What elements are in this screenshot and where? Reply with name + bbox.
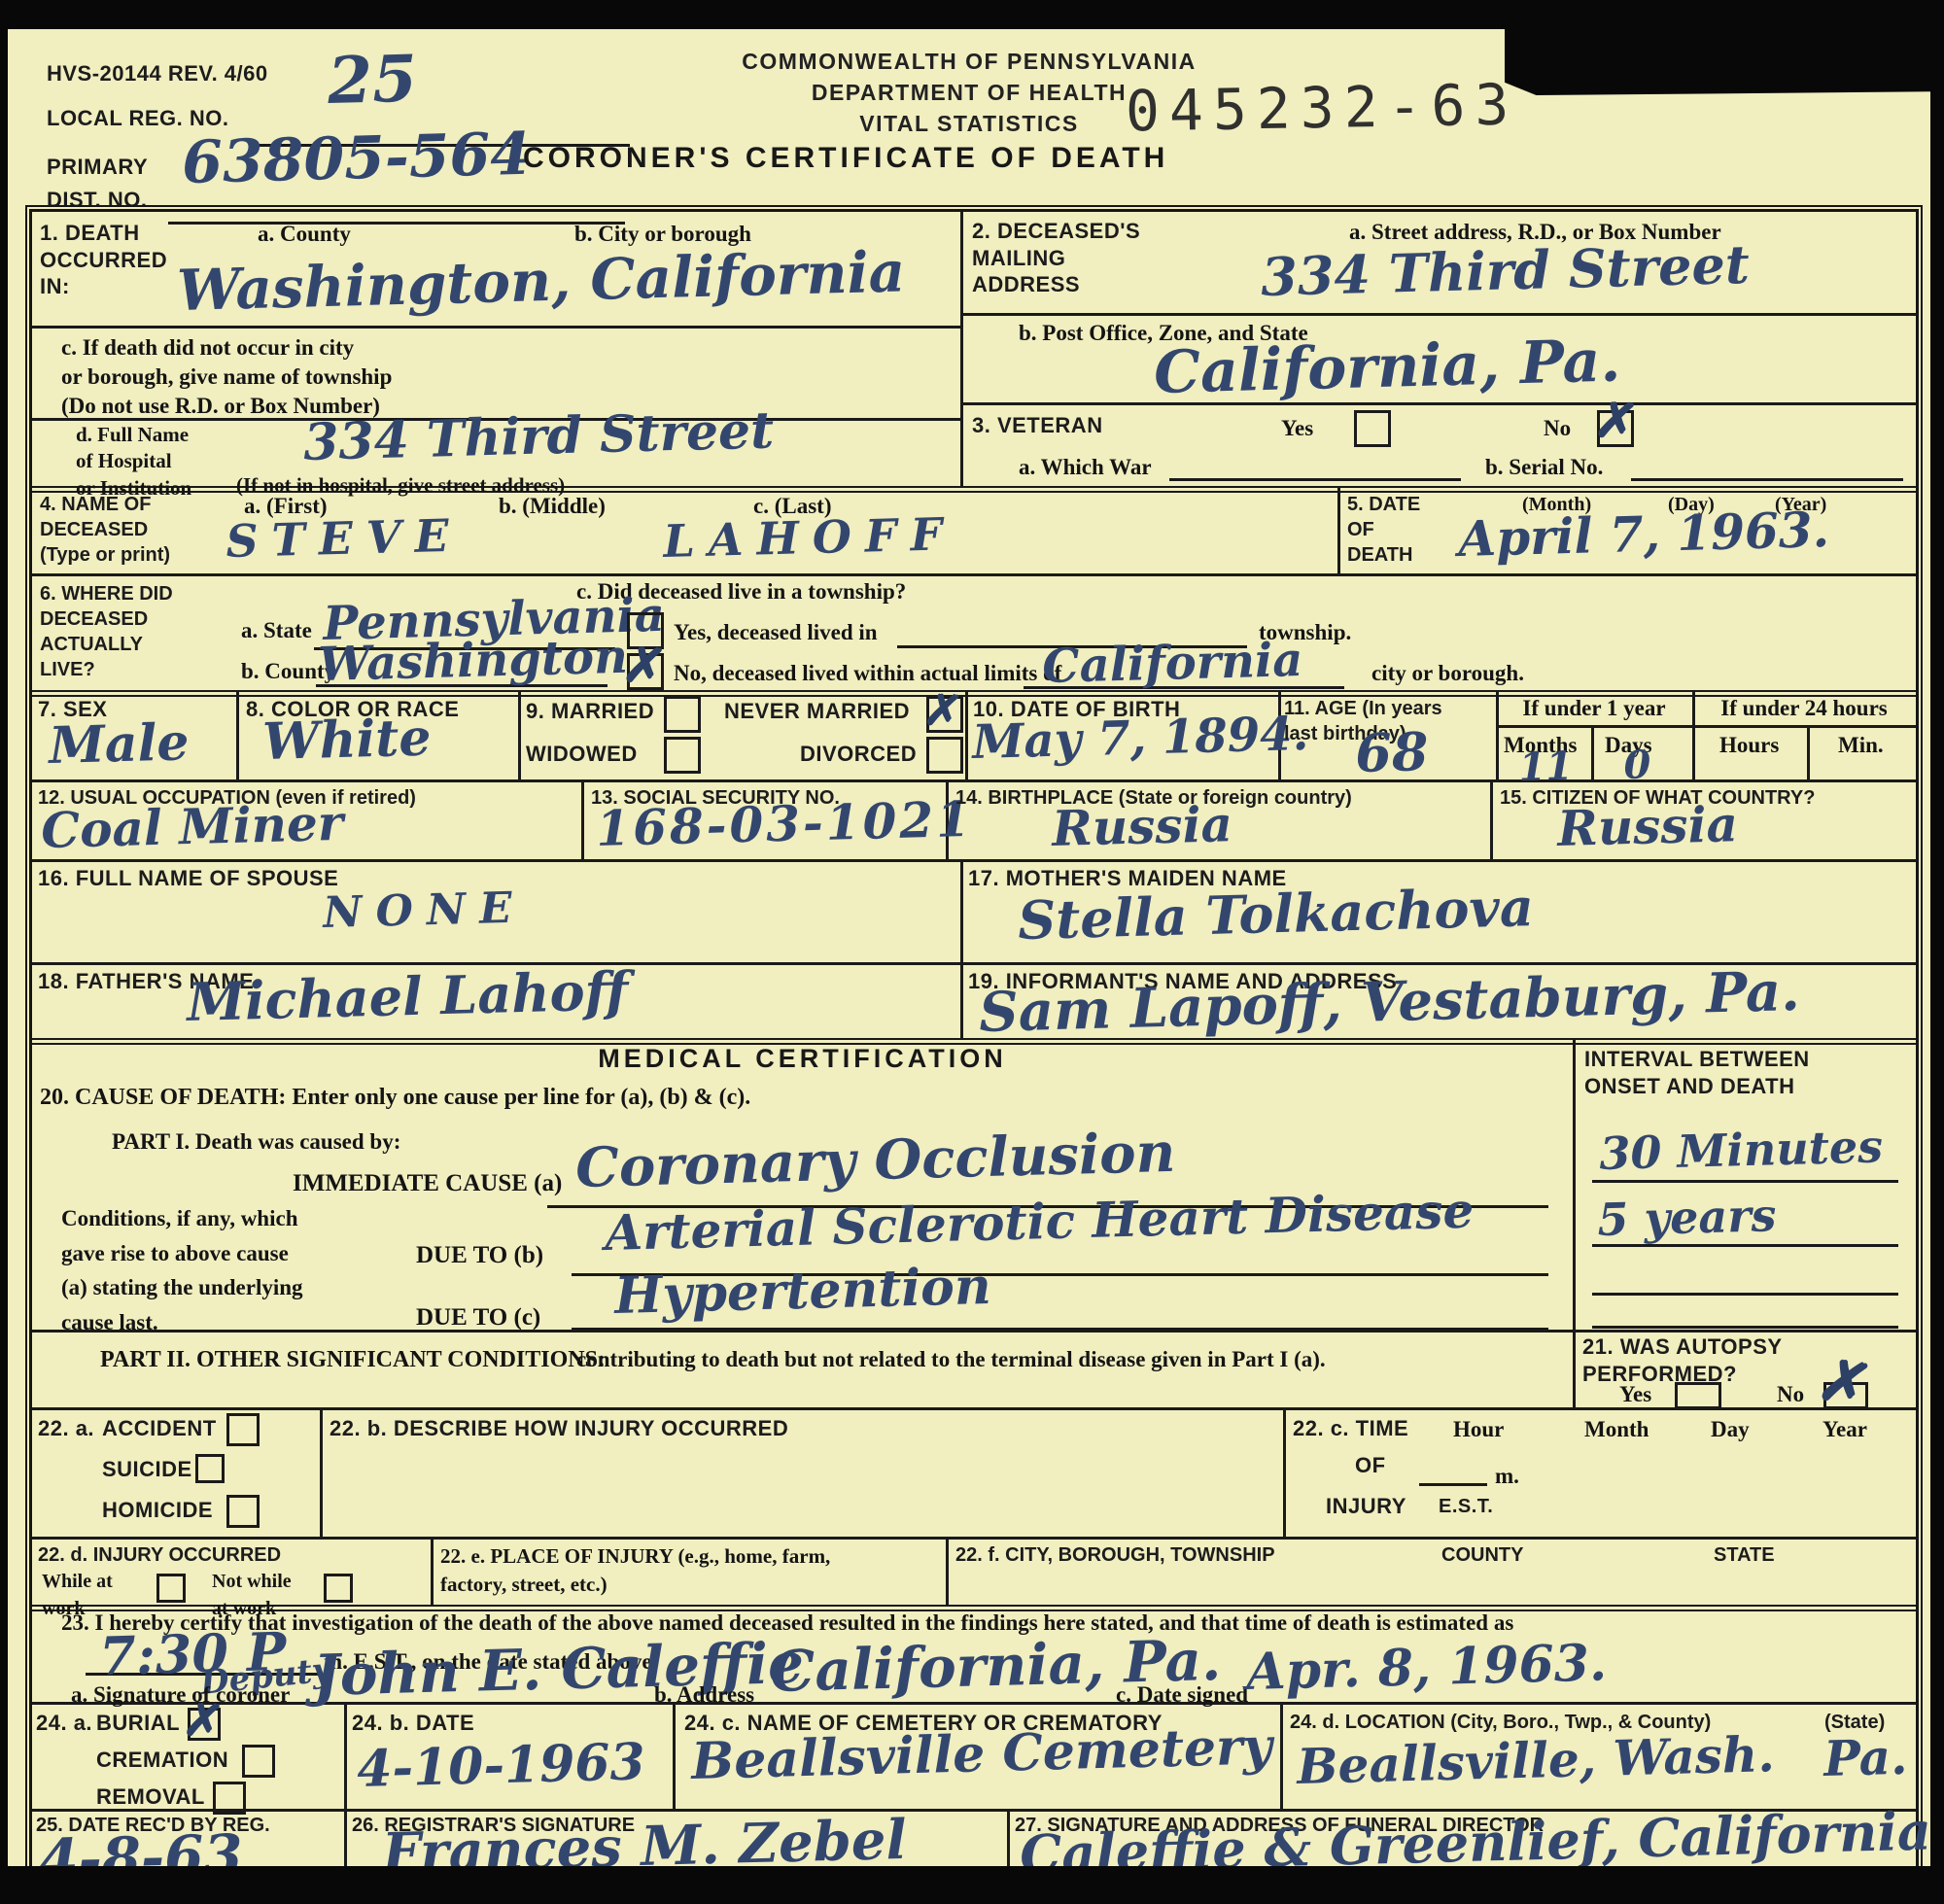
while-at-work-checkbox <box>156 1574 186 1603</box>
section-27: 27. SIGNATURE AND ADDRESS OF FUNERAL DIR… <box>1007 1809 1916 1866</box>
row-3-section-6: 6. WHERE DID DECEASED ACTUALLY LIVE? c. … <box>32 573 1916 697</box>
county-header: COUNTY <box>1441 1542 1523 1568</box>
part2-rest: contributing to death but not related to… <box>576 1345 1326 1374</box>
which-war-line <box>1169 478 1461 481</box>
citizen-value: Russia <box>1557 800 1739 853</box>
hospital-value: 334 Third Street <box>303 405 775 468</box>
township-no-x-mark: ✗ <box>620 639 669 695</box>
cause-of-death-label: 20. CAUSE OF DEATH: Enter only one cause… <box>40 1083 750 1113</box>
year-label-22: Year <box>1822 1415 1867 1444</box>
describe-injury-label: 22. b. DESCRIBE HOW INJURY OCCURRED <box>330 1415 788 1442</box>
accident-num: 22. a. <box>38 1415 94 1442</box>
section-8-race: 8. COLOR OR RACE White <box>236 690 521 779</box>
under-24-label: If under 24 hours <box>1692 694 1916 723</box>
middle-name-label: b. (Middle) <box>499 492 606 521</box>
row-11: 22. d. INJURY OCCURRED While at work Not… <box>32 1537 1916 1611</box>
part1-label: PART I. Death was caused by: <box>112 1127 400 1157</box>
section-1c: c. If death did not occur in city or bor… <box>32 326 960 421</box>
last-name-value: LAHOFF <box>663 511 956 564</box>
date-of-death-value: April 7, 1963. <box>1458 505 1830 564</box>
autopsy-no-label: No <box>1777 1380 1804 1409</box>
primary-label: PRIMARY <box>47 154 148 181</box>
certificate-form: 1. DEATH OCCURRED IN: a. County b. City … <box>29 209 1919 1869</box>
city-borough-township-label: 22. f. CITY, BOROUGH, TOWNSHIP <box>955 1542 1275 1568</box>
row-7: 18. FATHER'S NAME Michael Lahoff 19. INF… <box>32 962 1916 1045</box>
section-13-ssn: 13. SOCIAL SECURITY NO. 168-03-1021 <box>581 779 949 859</box>
row-6: 16. FULL NAME OF SPOUSE NONE 17. MOTHER'… <box>32 859 1916 965</box>
accident-label: ACCIDENT <box>102 1415 217 1442</box>
section-15-citizen: 15. CITIZEN OF WHAT COUNTRY? Russia <box>1490 779 1916 859</box>
homicide-label: HOMICIDE <box>102 1497 213 1524</box>
section-26: 26. REGISTRAR'S SIGNATURE Frances M. Zeb… <box>344 1809 1010 1866</box>
row-14: 25. DATE REC'D BY REG. 4-8-63 26. REGIST… <box>32 1809 1916 1866</box>
death-occurred-label: 1. DEATH OCCURRED IN: <box>40 220 167 300</box>
under-24-divider <box>1692 725 1916 728</box>
est-label: E.S.T. <box>1439 1495 1493 1519</box>
under-1-year-label: If under 1 year <box>1496 694 1692 723</box>
serial-no-line <box>1631 478 1903 481</box>
section-22a: 22. a. ACCIDENT SUICIDE HOMICIDE <box>32 1407 323 1537</box>
township-no-text: No, deceased lived within actual limits … <box>674 659 1061 688</box>
hour-label: Hour <box>1453 1415 1504 1444</box>
burial-x: ✗ <box>181 1695 226 1747</box>
date-signed-value: Apr. 8, 1963. <box>1246 1638 1608 1698</box>
divorced-checkbox <box>926 737 963 774</box>
m-suffix: m. <box>1495 1462 1519 1491</box>
under-1-year-cell: If under 1 year Months Days 11 0 <box>1496 690 1695 779</box>
section-1d: d. Full Name of Hospital or Institution … <box>32 418 960 486</box>
row-13-section-24: 24. a. BURIAL ✗ CREMATION REMOVAL 24. b.… <box>32 1702 1916 1812</box>
section-18-father: 18. FATHER'S NAME Michael Lahoff <box>32 962 963 1038</box>
section-21-autopsy: 21. WAS AUTOPSY PERFORMED? Yes No ✗ <box>1573 1330 1916 1407</box>
spouse-label: 16. FULL NAME OF SPOUSE <box>38 865 338 892</box>
row-12-section-23: 23. I hereby certify that investigation … <box>32 1605 1916 1705</box>
conditions-note: Conditions, if any, which gave rise to a… <box>61 1201 303 1340</box>
interval-a-value: 30 Minutes <box>1599 1124 1884 1176</box>
race-value: White <box>262 712 432 768</box>
cremation-checkbox <box>242 1745 275 1778</box>
section-24c: 24. c. NAME OF CEMETERY OR CREMATORY Bea… <box>673 1702 1283 1809</box>
day-label-22: Day <box>1711 1415 1750 1444</box>
burial-label: BURIAL <box>96 1710 180 1737</box>
limits-value: California <box>1042 637 1303 690</box>
autopsy-yes-checkbox <box>1675 1382 1721 1409</box>
cause-b-value: Arterial Sclerotic Heart Disease <box>605 1187 1475 1258</box>
org-line3: VITAL STATISTICS <box>8 109 1930 139</box>
burial-num: 24. a. <box>36 1710 92 1737</box>
dob-value: May 7, 1894. <box>972 710 1309 766</box>
month-label-22: Month <box>1584 1415 1649 1444</box>
county-city-value: Washington, California <box>176 243 905 319</box>
interval-blank-line-2 <box>1592 1326 1898 1329</box>
serial-no-label: b. Serial No. <box>1485 453 1603 482</box>
section-22b: 22. b. DESCRIBE HOW INJURY OCCURRED <box>320 1407 1286 1537</box>
veteran-no-x-mark: ✗ <box>1592 394 1641 450</box>
hours-min-divider <box>1807 725 1810 779</box>
org-line2: DEPARTMENT OF HEALTH <box>8 78 1930 108</box>
org-line1: COMMONWEALTH OF PENNSYLVANIA <box>8 47 1930 77</box>
widowed-label: WIDOWED <box>526 741 638 768</box>
min-label: Min. <box>1838 731 1884 760</box>
spouse-value: NONE <box>323 887 526 935</box>
cause-c-value: Hypertention <box>614 1262 992 1322</box>
interval-column: INTERVAL BETWEEN ONSET AND DEATH 30 Minu… <box>1573 1038 1916 1330</box>
street-address-value: 334 Third Street <box>1261 238 1751 303</box>
interval-blank-line-1 <box>1592 1293 1898 1296</box>
medical-certification-heading: MEDICAL CERTIFICATION <box>32 1046 1573 1072</box>
registrar-signature-value: Frances M. Zebel <box>382 1813 908 1881</box>
city-borough-suffix: city or borough. <box>1371 659 1524 688</box>
time-of-injury-label3: INJURY <box>1326 1493 1406 1520</box>
cemetery-value: Beallsville Cemetery <box>691 1721 1273 1787</box>
autopsy-label: 21. WAS AUTOPSY PERFORMED? <box>1582 1333 1783 1387</box>
serial-number-stamp: 045232-63 <box>1126 76 1519 139</box>
immediate-cause-label: IMMEDIATE CAUSE (a) <box>293 1168 562 1200</box>
burial-date-value: 4-10-1963 <box>357 1737 646 1795</box>
state-label: a. State <box>241 616 312 645</box>
not-while-at-work-checkbox <box>324 1574 353 1603</box>
where-lived-label: 6. WHERE DID DECEASED ACTUALLY LIVE? <box>40 581 173 682</box>
section-1ab: 1. DEATH OCCURRED IN: a. County b. City … <box>32 212 960 329</box>
certificate-paper: HVS-20144 REV. 4/60 LOCAL REG. NO. 25 PR… <box>8 29 1930 1866</box>
state-header: STATE <box>1714 1542 1775 1568</box>
name-deceased-label: 4. NAME OF DECEASED (Type or print) <box>40 492 170 568</box>
township-yes-text: Yes, deceased lived in <box>674 618 878 647</box>
injury-occurred-label: 22. d. INJURY OCCURRED <box>38 1542 281 1568</box>
mailing-address-label: 2. DECEASED'S MAILING ADDRESS <box>972 218 1140 298</box>
county-value: Washington <box>318 634 629 688</box>
father-name-value: Michael Lahoff <box>187 964 629 1028</box>
date-recd-value: 4-8-63 <box>38 1827 243 1888</box>
married-checkbox <box>664 696 701 733</box>
birthplace-value: Russia <box>1052 800 1233 853</box>
occupation-value: Coal Miner <box>41 799 344 855</box>
county-label: a. County <box>258 220 351 249</box>
section-4-name: 4. NAME OF DECEASED (Type or print) a. (… <box>32 486 1340 573</box>
township-note-label: c. If death did not occur in city or bor… <box>61 333 392 421</box>
interval-b-value: 5 years <box>1597 1193 1777 1242</box>
time-of-injury-label1: 22. c. TIME <box>1293 1415 1408 1442</box>
section-12-occupation: 12. USUAL OCCUPATION (even if retired) C… <box>32 779 584 859</box>
sex-value: Male <box>49 717 190 772</box>
married-label: 9. MARRIED <box>526 698 654 725</box>
section-14-birthplace: 14. BIRTHPLACE (State or foreign country… <box>946 779 1493 859</box>
due-to-b-label: DUE TO (b) <box>416 1240 543 1272</box>
part-2-conditions: PART II. OTHER SIGNIFICANT CONDITIONS: c… <box>32 1330 1576 1407</box>
section-3-veteran: 3. VETERAN Yes No ✗ a. Which War b. Seri… <box>960 402 1916 486</box>
section-20-cause: MEDICAL CERTIFICATION 20. CAUSE OF DEATH… <box>32 1038 1576 1330</box>
place-of-injury-label: 22. e. PLACE OF INJURY (e.g., home, farm… <box>440 1542 830 1600</box>
section-2a: 2. DECEASED'S MAILING ADDRESS a. Street … <box>960 212 1916 316</box>
post-office-value: California, Pa. <box>1153 331 1620 402</box>
section-24b: 24. b. DATE 4-10-1963 <box>344 1702 676 1809</box>
section-19-informant: 19. INFORMANT'S NAME AND ADDRESS Sam Lap… <box>960 962 1916 1038</box>
part2-label: PART II. OTHER SIGNIFICANT CONDITIONS: <box>100 1345 606 1375</box>
section-25: 25. DATE REC'D BY REG. 4-8-63 <box>32 1809 347 1866</box>
mother-maiden-value: Stella Tolkachova <box>1018 881 1535 947</box>
section-24d: 24. d. LOCATION (City, Boro., Twp., & Co… <box>1280 1702 1916 1809</box>
veteran-label: 3. VETERAN <box>972 412 1103 439</box>
never-married-label: NEVER MARRIED <box>724 698 910 725</box>
row-2: 4. NAME OF DECEASED (Type or print) a. (… <box>32 486 1916 576</box>
row-9-part2: PART II. OTHER SIGNIFICANT CONDITIONS: c… <box>32 1330 1916 1410</box>
row-10: 22. a. ACCIDENT SUICIDE HOMICIDE 22. b. … <box>32 1407 1916 1540</box>
under-1-divider <box>1496 725 1692 728</box>
divorced-label: DIVORCED <box>800 741 917 768</box>
interval-a-line <box>1592 1180 1898 1183</box>
veteran-yes-checkbox <box>1354 410 1391 447</box>
section-24a: 24. a. BURIAL ✗ CREMATION REMOVAL <box>32 1702 347 1809</box>
cremation-label: CREMATION <box>96 1747 228 1774</box>
row-1: 1. DEATH OCCURRED IN: a. County b. City … <box>32 212 1916 493</box>
hours-label: Hours <box>1719 731 1779 760</box>
time-line <box>1419 1483 1487 1486</box>
section-22f: 22. f. CITY, BOROUGH, TOWNSHIP COUNTY ST… <box>946 1537 1916 1605</box>
veteran-yes-label: Yes <box>1281 414 1313 443</box>
first-name-value: STEVE <box>226 513 463 564</box>
veteran-no-label: No <box>1544 414 1571 443</box>
never-married-x: ✗ <box>921 686 965 736</box>
section-2b: b. Post Office, Zone, and State Californ… <box>960 313 1916 405</box>
section-5-date-of-death: 5. DATE OF DEATH (Month) (Day) (Year) Ap… <box>1337 486 1916 573</box>
section-10-dob: 10. DATE OF BIRTH May 7, 1894. <box>965 690 1281 779</box>
section-1-death-occurred: 1. DEATH OCCURRED IN: a. County b. City … <box>32 212 963 486</box>
section-9-marital: 9. MARRIED NEVER MARRIED ✗ WIDOWED DIVOR… <box>518 690 968 779</box>
homicide-checkbox <box>226 1495 260 1528</box>
ssn-value: 168-03-1021 <box>596 795 974 853</box>
section-17-mother: 17. MOTHER'S MAIDEN NAME Stella Tolkacho… <box>960 859 1916 962</box>
months-days-divider <box>1591 725 1594 779</box>
suicide-label: SUICIDE <box>102 1456 192 1483</box>
scanned-certificate-page: HVS-20144 REV. 4/60 LOCAL REG. NO. 25 PR… <box>0 0 1944 1904</box>
time-of-injury-label2: OF <box>1355 1452 1386 1479</box>
certificate-title: CORONER'S CERTIFICATE OF DEATH <box>523 144 1168 173</box>
section-11-age: 11. AGE (In years last birthday) 68 <box>1278 690 1499 779</box>
burial-date-label: 24. b. DATE <box>352 1710 474 1737</box>
section-2-3: 2. DECEASED'S MAILING ADDRESS a. Street … <box>960 212 1916 486</box>
cause-a-value: Coronary Occlusion <box>575 1125 1176 1195</box>
row-5: 12. USUAL OCCUPATION (even if retired) C… <box>32 779 1916 862</box>
section-16-spouse: 16. FULL NAME OF SPOUSE NONE <box>32 859 963 962</box>
suicide-checkbox <box>195 1454 225 1483</box>
row-4: 7. SEX Male 8. COLOR OR RACE White 9. MA… <box>32 690 1916 782</box>
section-22e: 22. e. PLACE OF INJURY (e.g., home, farm… <box>431 1537 949 1605</box>
location-value: Beallsville, Wash. <box>1297 1730 1776 1791</box>
widowed-checkbox <box>664 737 701 774</box>
which-war-label: a. Which War <box>1019 453 1152 482</box>
location-state-value: Pa. <box>1823 1733 1908 1783</box>
removal-label: REMOVAL <box>96 1783 205 1811</box>
date-of-death-label: 5. DATE OF DEATH <box>1347 492 1420 568</box>
section-7-sex: 7. SEX Male <box>32 690 239 779</box>
section-22c: 22. c. TIME OF INJURY Hour Month Day Yea… <box>1283 1407 1916 1537</box>
autopsy-yes-label: Yes <box>1619 1380 1651 1409</box>
under-24-hours-cell: If under 24 hours Hours Min. <box>1692 690 1916 779</box>
row-8-medical: MEDICAL CERTIFICATION 20. CAUSE OF DEATH… <box>32 1038 1916 1333</box>
age-value: 68 <box>1355 725 1430 779</box>
accident-checkbox <box>226 1413 260 1446</box>
interval-label: INTERVAL BETWEEN ONSET AND DEATH <box>1584 1046 1810 1099</box>
section-22d: 22. d. INJURY OCCURRED While at work Not… <box>32 1537 434 1605</box>
